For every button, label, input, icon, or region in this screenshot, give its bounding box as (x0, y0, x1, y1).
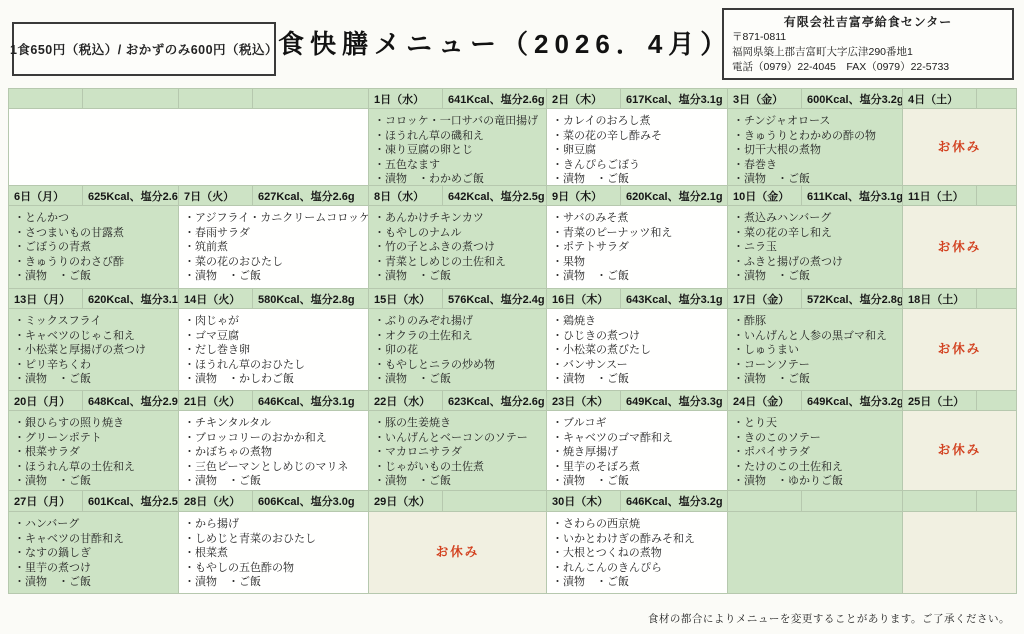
menu-item: ・ブルコギ (552, 416, 725, 431)
day-label: 20日（月） (9, 393, 82, 409)
kcal-salt-info (976, 289, 1016, 308)
menu-item: ・ブロッコリーのおかか和え (184, 431, 366, 446)
menu-item: ・なすの鍋しぎ (14, 546, 176, 561)
price-note: 1食650円（税込）/ おかずのみ600円（税込） (10, 40, 278, 58)
menu-day-cell: ・から揚げ・しめじと青菜のおひたし・根菜煮・もやしの五色酢の物・漬物 ・ご飯 (179, 512, 369, 594)
menu-item: ・青菜のピーナッツ和え (552, 226, 725, 241)
kcal-salt-info: 601Kcal、塩分2.5g (82, 491, 179, 511)
kcal-salt-info: 611Kcal、塩分3.1g (801, 186, 903, 205)
day-header-empty (9, 89, 179, 109)
menu-item: ・から揚げ (184, 517, 366, 532)
menu-item: ・バンサンスー (552, 358, 725, 373)
company-name: 有限会社吉富亭給食センター (732, 14, 1004, 30)
menu-item: ・キャベツのじゃこ和え (14, 329, 176, 344)
menu-item: ・漬物 ・ご飯 (552, 372, 725, 387)
menu-day-cell: ・あんかけチキンカツ・もやしのナムル・竹の子とふきの煮つけ・青菜としめじの土佐和… (369, 206, 547, 289)
menu-item: ・漬物 ・ご飯 (14, 269, 176, 284)
menu-table: 1日（水）641Kcal、塩分2.6g2日（木）617Kcal、塩分3.1g3日… (8, 88, 1017, 594)
menu-item: ・里芋の煮つけ (14, 561, 176, 576)
menu-item: ・漬物 ・ご飯 (374, 372, 544, 387)
day-header: 18日（土） (903, 289, 1017, 309)
day-label: 27日（月） (9, 493, 82, 509)
menu-day-cell: ・さわらの西京焼・いかとわけぎの酢みそ和え・大根とつくねの煮物・れんこんのきんぴ… (547, 512, 728, 594)
kcal-salt-info: 642Kcal、塩分2.5g (442, 186, 546, 205)
menu-day-cell: ・カレイのおろし煮・菜の花の辛し酢みそ・卵豆腐・きんぴらごぼう・漬物 ・ご飯 (547, 109, 728, 186)
menu-day-cell: ・肉じゃが・ゴマ豆腐・だし巻き卵・ほうれん草のおひたし・漬物 ・かしわご飯 (179, 309, 369, 391)
menu-item: ・焼き厚揚げ (552, 445, 725, 460)
day-header: 27日（月）601Kcal、塩分2.5g (9, 491, 179, 512)
kcal-salt-info: 627Kcal、塩分2.6g (252, 186, 368, 205)
menu-item: ・いかとわけぎの酢みそ和え (552, 532, 725, 547)
price-note-box: 1食650円（税込）/ おかずのみ600円（税込） (12, 22, 276, 76)
kcal-salt-info: 620Kcal、塩分2.1g (620, 186, 727, 205)
kcal-salt-info (976, 89, 1016, 108)
menu-item: ・ポテトサラダ (552, 240, 725, 255)
menu-item: ・漬物 ・ご飯 (14, 575, 176, 590)
menu-item: ・銀ひらすの照り焼き (14, 416, 176, 431)
kcal-salt-info: 625Kcal、塩分2.6g (82, 186, 179, 205)
menu-item: ・あんかけチキンカツ (374, 211, 544, 226)
day-label: 4日（土） (903, 91, 976, 107)
company-info-box: 有限会社吉富亭給食センター 〒871-0811 福岡県築上郡吉富町大字広津290… (722, 8, 1014, 80)
menu-day-cell: ・アジフライ・カニクリームコロッケ・春雨サラダ・筑前煮・菜の花のおひたし・漬物 … (179, 206, 369, 289)
day-label: 30日（木） (547, 493, 620, 509)
menu-item: ・漬物 ・ご飯 (733, 172, 900, 186)
day-label: 18日（土） (903, 291, 976, 307)
kcal-salt-info: 580Kcal、塩分2.8g (252, 289, 368, 308)
menu-item: ・漬物 ・ご飯 (552, 269, 725, 284)
menu-item: ・とり天 (733, 416, 900, 431)
kcal-salt-info: 576Kcal、塩分2.4g (442, 289, 546, 308)
menu-item: ・チンジャオロース (733, 114, 900, 129)
day-header: 10日（金）611Kcal、塩分3.1g (728, 186, 903, 206)
menu-item: ・漬物 ・ご飯 (552, 474, 725, 489)
menu-item: ・いんげんと人参の黒ゴマ和え (733, 329, 900, 344)
day-label: 8日（水） (369, 188, 442, 204)
menu-item: ・ほうれん草の土佐和え (14, 460, 176, 475)
menu-item: ・ほうれん草のおひたし (184, 358, 366, 373)
company-postal: 〒871-0811 (732, 30, 1004, 45)
menu-item: ・里芋のそぼろ煮 (552, 460, 725, 475)
menu-item: ・漬物 ・ご飯 (552, 172, 725, 186)
menu-item: ・カレイのおろし煮 (552, 114, 725, 129)
menu-item: ・いんげんとベーコンのソテー (374, 431, 544, 446)
menu-item: ・五色なます (374, 158, 544, 173)
menu-item: ・筑前煮 (184, 240, 366, 255)
footer-note: 食材の都合によりメニューを変更することがあります。ご了承ください。 (648, 611, 1010, 626)
day-label: 29日（水） (369, 493, 442, 509)
menu-item: ・もやしの五色酢の物 (184, 561, 366, 576)
day-header: 22日（水）623Kcal、塩分2.6g (369, 391, 547, 411)
kcal-salt-info (801, 491, 902, 511)
menu-item: ・ポパイサラダ (733, 445, 900, 460)
menu-item: ・菜の花の辛し酢みそ (552, 129, 725, 144)
day-header-empty (728, 491, 903, 512)
day-label: 21日（火） (179, 393, 252, 409)
menu-item: ・春雨サラダ (184, 226, 366, 241)
kcal-salt-info: 606Kcal、塩分3.0g (252, 491, 368, 511)
closed-day-cell: お休み (903, 309, 1017, 391)
menu-item: ・ほうれん草の磯和え (374, 129, 544, 144)
day-header: 7日（火）627Kcal、塩分2.6g (179, 186, 369, 206)
menu-day-cell: ・鶏焼き・ひじきの煮つけ・小松菜の煮びたし・バンサンスー・漬物 ・ご飯 (547, 309, 728, 391)
menu-item: ・根菜サラダ (14, 445, 176, 460)
day-header: 15日（水）576Kcal、塩分2.4g (369, 289, 547, 309)
menu-item: ・切干大根の煮物 (733, 143, 900, 158)
menu-item: ・もやしのナムル (374, 226, 544, 241)
day-header: 11日（土） (903, 186, 1017, 206)
day-label: 17日（金） (728, 291, 801, 307)
menu-item: ・漬物 ・かしわご飯 (184, 372, 366, 387)
menu-item: ・ニラ玉 (733, 240, 900, 255)
day-label: 13日（月） (9, 291, 82, 307)
menu-item: ・キャベツの甘酢和え (14, 532, 176, 547)
day-header: 3日（金）600Kcal、塩分3.2g (728, 89, 903, 109)
closed-day-cell: お休み (903, 109, 1017, 186)
day-label: 16日（木） (547, 291, 620, 307)
menu-day-cell: ・コロッケ・一口サバの竜田揚げ・ほうれん草の磯和え・凍り豆腐の卵とじ・五色なます… (369, 109, 547, 186)
kcal-salt-info: 617Kcal、塩分3.1g (620, 89, 727, 108)
day-header: 4日（土） (903, 89, 1017, 109)
menu-day-cell: ・煮込みハンバーグ・菜の花の辛し和え・ニラ玉・ふきと揚げの煮つけ・漬物 ・ご飯 (728, 206, 903, 289)
menu-item: ・じゃがいもの土佐煮 (374, 460, 544, 475)
day-header: 9日（木）620Kcal、塩分2.1g (547, 186, 728, 206)
closed-day-cell: お休み (369, 512, 547, 594)
menu-item: ・豚の生姜焼き (374, 416, 544, 431)
menu-item: ・グリーンポテト (14, 431, 176, 446)
kcal-salt-info: 646Kcal、塩分3.2g (620, 491, 727, 511)
menu-item: ・凍り豆腐の卵とじ (374, 143, 544, 158)
menu-item: ・チキンタルタル (184, 416, 366, 431)
menu-item: ・コロッケ・一口サバの竜田揚げ (374, 114, 544, 129)
page-title: 食快膳メニュー（2026．4月） (278, 24, 718, 61)
menu-day-cell: ・酢豚・いんげんと人参の黒ゴマ和え・しゅうまい・コーンソテー・漬物 ・ご飯 (728, 309, 903, 391)
kcal-salt-info (976, 391, 1016, 410)
menu-item: ・大根とつくねの煮物 (552, 546, 725, 561)
menu-item: ・もやしとニラの炒め物 (374, 358, 544, 373)
menu-item: ・根菜煮 (184, 546, 366, 561)
day-header: 17日（金）572Kcal、塩分2.8g (728, 289, 903, 309)
menu-item: ・コーンソテー (733, 358, 900, 373)
day-header: 6日（月）625Kcal、塩分2.6g (9, 186, 179, 206)
day-header-empty (903, 491, 1017, 512)
menu-item: ・ふきと揚げの煮つけ (733, 255, 900, 270)
empty-day-cell (903, 512, 1017, 594)
day-header: 2日（木）617Kcal、塩分3.1g (547, 89, 728, 109)
menu-item: ・ひじきの煮つけ (552, 329, 725, 344)
menu-day-cell: ・ぶりのみぞれ揚げ・オクラの土佐和え・卯の花・もやしとニラの炒め物・漬物 ・ご飯 (369, 309, 547, 391)
menu-item: ・きのこのソテー (733, 431, 900, 446)
day-header: 8日（水）642Kcal、塩分2.5g (369, 186, 547, 206)
day-label: 15日（水） (369, 291, 442, 307)
kcal-salt-info: 623Kcal、塩分2.6g (442, 391, 546, 410)
day-header: 14日（火）580Kcal、塩分2.8g (179, 289, 369, 309)
menu-day-cell: ・チンジャオロース・きゅうりとわかめの酢の物・切干大根の煮物・春巻き・漬物 ・ご… (728, 109, 903, 186)
menu-day-cell: ・ミックスフライ・キャベツのじゃこ和え・小松菜と厚揚げの煮つけ・ピリ辛ちくわ・漬… (9, 309, 179, 391)
menu-item: ・ハンバーグ (14, 517, 176, 532)
day-label: 11日（土） (903, 188, 976, 204)
day-label: 23日（木） (547, 393, 620, 409)
menu-item: ・菜の花のおひたし (184, 255, 366, 270)
company-address: 福岡県築上郡吉富町大字広津290番地1 (732, 45, 1004, 60)
menu-item: ・きゅうりとわかめの酢の物 (733, 129, 900, 144)
day-header: 23日（木）649Kcal、塩分3.3g (547, 391, 728, 411)
empty-day-cell (728, 512, 903, 594)
menu-item: ・漬物 ・ご飯 (14, 372, 176, 387)
menu-item: ・果物 (552, 255, 725, 270)
day-label: 3日（金） (728, 91, 801, 107)
day-header: 16日（木）643Kcal、塩分3.1g (547, 289, 728, 309)
menu-day-cell: ・銀ひらすの照り焼き・グリーンポテト・根菜サラダ・ほうれん草の土佐和え・漬物 ・… (9, 411, 179, 491)
day-label: 28日（火） (179, 493, 252, 509)
kcal-salt-info (252, 89, 368, 108)
empty-day-cell (9, 109, 369, 186)
menu-item: ・きんぴらごぼう (552, 158, 725, 173)
menu-item: ・きゅうりのわさび酢 (14, 255, 176, 270)
menu-item: ・アジフライ・カニクリームコロッケ (184, 211, 366, 226)
menu-item: ・漬物 ・ご飯 (184, 269, 366, 284)
menu-item: ・小松菜と厚揚げの煮つけ (14, 343, 176, 358)
menu-day-cell: ・豚の生姜焼き・いんげんとベーコンのソテー・マカロニサラダ・じゃがいもの土佐煮・… (369, 411, 547, 491)
kcal-salt-info: 572Kcal、塩分2.8g (801, 289, 903, 308)
menu-item: ・かぼちゃの煮物 (184, 445, 366, 460)
day-label: 22日（水） (369, 393, 442, 409)
day-header: 1日（水）641Kcal、塩分2.6g (369, 89, 547, 109)
day-header: 21日（火）646Kcal、塩分3.1g (179, 391, 369, 411)
day-label: 14日（火） (179, 291, 252, 307)
menu-item: ・さつまいもの甘露煮 (14, 226, 176, 241)
menu-item: ・サバのみそ煮 (552, 211, 725, 226)
day-header: 28日（火）606Kcal、塩分3.0g (179, 491, 369, 512)
menu-item: ・漬物 ・わかめご飯 (374, 172, 544, 186)
kcal-salt-info: 648Kcal、塩分2.9g (82, 391, 179, 410)
day-header: 24日（金）649Kcal、塩分3.2g (728, 391, 903, 411)
kcal-salt-info (82, 89, 178, 108)
kcal-salt-info: 620Kcal、塩分3.1g (82, 289, 179, 308)
kcal-salt-info: 649Kcal、塩分3.3g (620, 391, 727, 410)
menu-item: ・ごぼうの青煮 (14, 240, 176, 255)
menu-day-cell: ・ハンバーグ・キャベツの甘酢和え・なすの鍋しぎ・里芋の煮つけ・漬物 ・ご飯 (9, 512, 179, 594)
closed-day-cell: お休み (903, 411, 1017, 491)
menu-item: ・ぶりのみぞれ揚げ (374, 314, 544, 329)
day-header: 25日（土） (903, 391, 1017, 411)
day-label: 6日（月） (9, 188, 82, 204)
kcal-salt-info: 643Kcal、塩分3.1g (620, 289, 727, 308)
menu-item: ・マカロニサラダ (374, 445, 544, 460)
menu-item: ・たけのこの土佐和え (733, 460, 900, 475)
menu-item: ・れんこんのきんぴら (552, 561, 725, 576)
kcal-salt-info: 649Kcal、塩分3.2g (801, 391, 903, 410)
menu-item: ・だし巻き卵 (184, 343, 366, 358)
menu-item: ・キャベツのゴマ酢和え (552, 431, 725, 446)
company-phone: 電話（0979）22-4045 FAX（0979）22-5733 (732, 60, 1004, 75)
kcal-salt-info (976, 186, 1016, 205)
menu-item: ・漬物 ・ご飯 (374, 269, 544, 284)
menu-item: ・ゴマ豆腐 (184, 329, 366, 344)
menu-item: ・青菜としめじの土佐和え (374, 255, 544, 270)
day-label: 2日（木） (547, 91, 620, 107)
menu-item: ・漬物 ・ご飯 (733, 269, 900, 284)
menu-item: ・卯の花 (374, 343, 544, 358)
menu-item: ・ミックスフライ (14, 314, 176, 329)
menu-day-cell: ・チキンタルタル・ブロッコリーのおかか和え・かぼちゃの煮物・三色ピーマンとしめじ… (179, 411, 369, 491)
day-header: 13日（月）620Kcal、塩分3.1g (9, 289, 179, 309)
menu-item: ・肉じゃが (184, 314, 366, 329)
menu-item: ・小松菜の煮びたし (552, 343, 725, 358)
kcal-salt-info (442, 491, 546, 511)
menu-item: ・オクラの土佐和え (374, 329, 544, 344)
menu-item: ・さわらの西京焼 (552, 517, 725, 532)
menu-item: ・漬物 ・ご飯 (552, 575, 725, 590)
menu-item: ・とんかつ (14, 211, 176, 226)
closed-day-cell: お休み (903, 206, 1017, 289)
menu-day-cell: ・とり天・きのこのソテー・ポパイサラダ・たけのこの土佐和え・漬物 ・ゆかりご飯 (728, 411, 903, 491)
kcal-salt-info: 641Kcal、塩分2.6g (442, 89, 546, 108)
menu-item: ・菜の花の辛し和え (733, 226, 900, 241)
day-label: 1日（水） (369, 91, 442, 107)
menu-item: ・卵豆腐 (552, 143, 725, 158)
day-header: 29日（水） (369, 491, 547, 512)
day-label: 25日（土） (903, 393, 976, 409)
day-header: 30日（木）646Kcal、塩分3.2g (547, 491, 728, 512)
menu-item: ・三色ピーマンとしめじのマリネ (184, 460, 366, 475)
menu-item: ・漬物 ・ご飯 (184, 575, 366, 590)
menu-item: ・漬物 ・ご飯 (14, 474, 176, 489)
menu-item: ・煮込みハンバーグ (733, 211, 900, 226)
menu-item: ・漬物 ・ご飯 (184, 474, 366, 489)
menu-item: ・漬物 ・ご飯 (733, 372, 900, 387)
menu-item: ・漬物 ・ご飯 (374, 474, 544, 489)
menu-item: ・酢豚 (733, 314, 900, 329)
menu-day-cell: ・ブルコギ・キャベツのゴマ酢和え・焼き厚揚げ・里芋のそぼろ煮・漬物 ・ご飯 (547, 411, 728, 491)
day-label: 7日（火） (179, 188, 252, 204)
kcal-salt-info (976, 491, 1016, 511)
menu-item: ・ピリ辛ちくわ (14, 358, 176, 373)
day-label: 9日（木） (547, 188, 620, 204)
menu-item: ・しゅうまい (733, 343, 900, 358)
day-label: 10日（金） (728, 188, 801, 204)
menu-item: ・しめじと青菜のおひたし (184, 532, 366, 547)
kcal-salt-info: 600Kcal、塩分3.2g (801, 89, 903, 108)
menu-day-cell: ・とんかつ・さつまいもの甘露煮・ごぼうの青煮・きゅうりのわさび酢・漬物 ・ご飯 (9, 206, 179, 289)
kcal-salt-info: 646Kcal、塩分3.1g (252, 391, 368, 410)
day-label: 24日（金） (728, 393, 801, 409)
menu-item: ・春巻き (733, 158, 900, 173)
menu-day-cell: ・サバのみそ煮・青菜のピーナッツ和え・ポテトサラダ・果物・漬物 ・ご飯 (547, 206, 728, 289)
day-header: 20日（月）648Kcal、塩分2.9g (9, 391, 179, 411)
day-header-empty (179, 89, 369, 109)
menu-item: ・竹の子とふきの煮つけ (374, 240, 544, 255)
menu-item: ・鶏焼き (552, 314, 725, 329)
menu-item: ・漬物 ・ゆかりご飯 (733, 474, 900, 489)
